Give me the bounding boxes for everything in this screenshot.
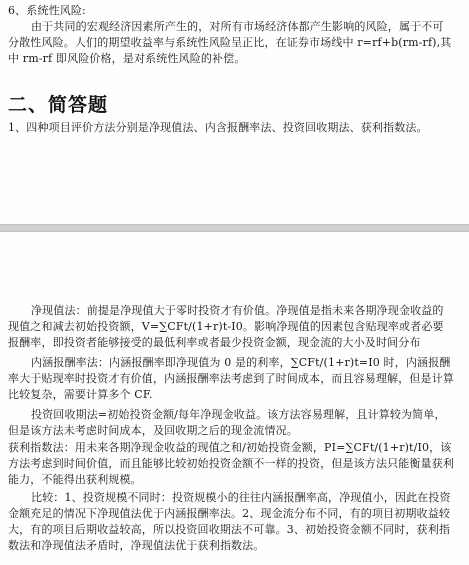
npv-method-paragraph: 净现值法：前提是净现值大于零时投资才有价值。净现值是指未来各期净现金收益的现值之…	[8, 303, 454, 351]
document-page-1: 6、系统性风险: 由于共同的宏观经济因素所产生的，对所有市场经济体都产生影响的风…	[0, 0, 469, 224]
comparison-paragraph: 比较：1、投资规模不同时：投资规模小的往往内涵报酬率高，净现值小，因此在投资金额…	[8, 490, 454, 554]
question-1: 1、四种项目评价方法分别是净现值法、内含报酬率法、投资回收期法、获利指数法。	[8, 120, 454, 136]
document-page-2: 净现值法：前提是净现值大于零时投资才有价值。净现值是指未来各期净现金收益的现值之…	[0, 232, 469, 565]
item-6-body: 由于共同的宏观经济因素所产生的，对所有市场经济体都产生影响的风险，属于不可分散性…	[8, 19, 454, 67]
irr-method-paragraph: 内涵报酬率法：内涵报酬率即净现值为 0 是的利率，∑CFt/(1+r)t=I0 …	[8, 355, 454, 403]
item-6-title: 6、系统性风险:	[8, 3, 454, 19]
payback-method-paragraph: 投资回收期法=初始投资金额/每年净现金收益。该方法容易理解，且计算较为简单，但是…	[8, 407, 454, 439]
profitability-index-paragraph: 获利指数法：用未来各期净现金收益的现值之和/初始投资金额，PI=∑CFt/(1+…	[8, 440, 454, 488]
section-heading: 二、简答题	[8, 90, 108, 117]
page-break-separator	[0, 224, 469, 232]
